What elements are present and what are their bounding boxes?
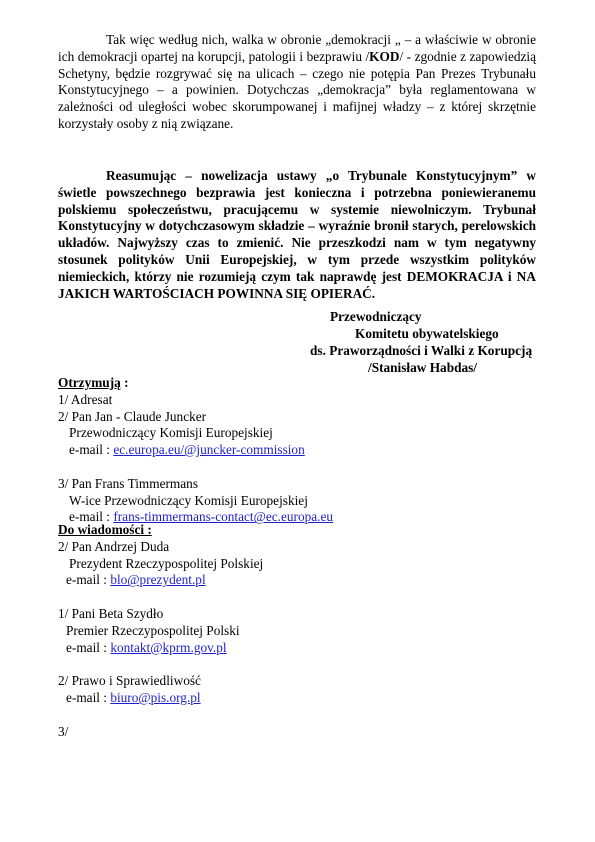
cc-line: 3/ (58, 724, 263, 741)
recipient-line: 2/ Pan Jan - Claude Juncker (58, 409, 333, 426)
signature-name: /Stanisław Habdas/ (368, 360, 477, 377)
heading-suffix: : (121, 375, 129, 390)
recipient-line: 1/ Adresat (58, 392, 333, 409)
cc-title: Prezydent Rzeczypospolitej Polskiej (58, 556, 263, 573)
cc-line: 2/ Pan Andrzej Duda (58, 539, 263, 556)
cc-heading: Do wiadomości : (58, 522, 263, 539)
signature-department: ds. Praworządności i Walki z Korupcją (310, 343, 532, 360)
recipient-title: W-ice Przewodniczący Komisji Europejskie… (58, 493, 333, 510)
signature-committee: Komitetu obywatelskiego (355, 326, 499, 343)
recipient-title: Przewodniczący Komisji Europejskiej (58, 425, 333, 442)
email-label: e-mail : (66, 690, 110, 705)
cc-line: 1/ Pani Beta Szydło (58, 606, 263, 623)
cc-email-row: e-mail : blo@prezydent.pl (58, 572, 263, 589)
email-label: e-mail : (69, 442, 113, 457)
recipient-email-row: e-mail : ec.europa.eu/@juncker-commissio… (58, 442, 333, 459)
cc-email-row: e-mail : biuro@pis.org.pl (58, 690, 263, 707)
cc-title: Premier Rzeczypospolitej Polski (58, 623, 263, 640)
cc-line: 2/ Prawo i Sprawiedliwość (58, 673, 263, 690)
signature-title: Przewodniczący (330, 309, 422, 326)
email-link[interactable]: ec.europa.eu/@juncker-commission (113, 442, 304, 457)
cc-email-row: e-mail : kontakt@kprm.gov.pl (58, 640, 263, 657)
email-label: e-mail : (66, 640, 110, 655)
cc-section: Do wiadomości : 2/ Pan Andrzej Duda Prez… (58, 522, 263, 740)
email-link[interactable]: biuro@pis.org.pl (110, 690, 200, 705)
recipient-line: 3/ Pan Frans Timmermans (58, 476, 333, 493)
paragraph-intro: Tak więc według nich, walka w obronie „d… (58, 32, 536, 133)
email-link[interactable]: kontakt@kprm.gov.pl (110, 640, 226, 655)
paragraph-summary: Reasumując – nowelizacja ustawy „o Trybu… (58, 168, 536, 302)
email-link[interactable]: blo@prezydent.pl (110, 572, 205, 587)
kod-bold: KOD (369, 49, 399, 64)
recipients-heading: Otrzymują (58, 375, 121, 390)
email-label: e-mail : (66, 572, 110, 587)
recipients-section: Otrzymują : 1/ Adresat 2/ Pan Jan - Clau… (58, 375, 333, 526)
